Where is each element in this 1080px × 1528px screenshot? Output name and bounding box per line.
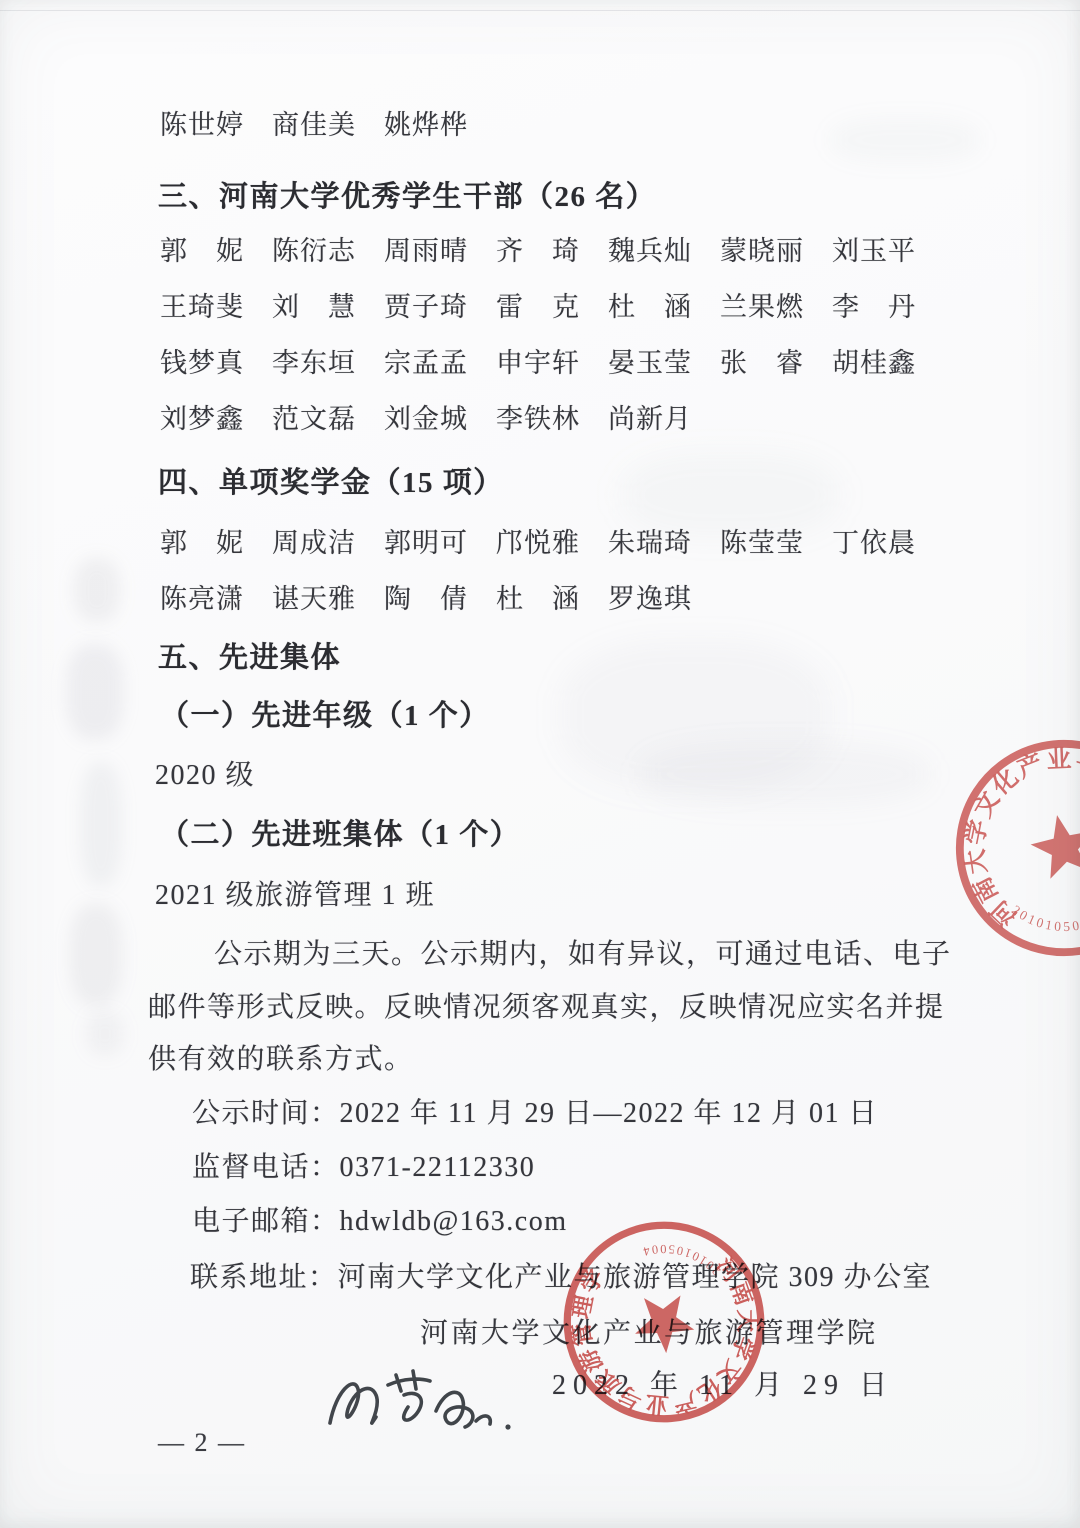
sub1-value: 2020 级 (155, 759, 255, 793)
sub1-title: （一）先进年级（1 个） (160, 699, 490, 733)
bleedthrough-mark (74, 558, 120, 622)
notice-line: 邮件等形式反映。反映情况须客观真实，反映情况应实名并提 (148, 991, 945, 1025)
notice-line: 公示期为三天。公示期内，如有异议，可通过电话、电子 (214, 938, 952, 972)
svg-text:河南大学文化产业与旅游管理学院: 河南大学文化产业与旅游管理学院 (931, 715, 1080, 942)
official-seal-stamp-side: 河南大学文化产业与旅游管理学院 2010105004 (931, 715, 1080, 981)
seal-code-text: 2010105004 (1007, 886, 1080, 946)
section3-names-row: 钱梦真 李东垣 宗孟孟 申宇轩 晏玉莹 张 睿 胡桂鑫 (160, 346, 916, 380)
section3-names-row: 王琦斐 刘 慧 贾子琦 雷 克 杜 涵 兰果燃 李 丹 (160, 290, 916, 324)
bleedthrough-mark (830, 118, 980, 162)
contact-email-line: 电子邮箱：hdwldb@163.com (192, 1205, 568, 1239)
page-number: — 2 — (158, 1426, 246, 1460)
bleedthrough-mark (66, 644, 124, 740)
seal-ring-text: 河南大学文化产业与旅游管理学院 (931, 715, 1080, 942)
signature-strokes (320, 1345, 535, 1450)
seal-graphic: 河南大学文化产业与旅游管理学院 2010105004 (931, 715, 1080, 981)
notice-line: 供有效的联系方式。 (148, 1043, 414, 1077)
bleedthrough-mark (80, 762, 122, 886)
section3-names-row: 刘梦鑫 范文磊 刘金城 李铁林 尚新月 (160, 402, 692, 436)
seal-outer-ring (940, 724, 1080, 971)
section4-names-row: 陈亮潇 谌天雅 陶 倩 杜 涵 罗逸琪 (160, 582, 692, 616)
bleedthrough-mark (640, 742, 930, 806)
seal-star-icon (1026, 808, 1080, 881)
page-edge-line (0, 10, 1080, 11)
contact-time-line: 公示时间：2022 年 11 月 29 日—2022 年 12 月 01 日 (192, 1097, 878, 1131)
sub2-title: （二）先进班集体（1 个） (160, 818, 520, 852)
contact-address-line: 联系地址：河南大学文化产业与旅游管理学院 309 办公室 (190, 1261, 932, 1295)
section4-names-row: 郭 妮 周成洁 郭明可 邝悦雅 朱瑞琦 陈莹莹 丁依晨 (160, 526, 916, 560)
scanned-document-photo: { "doc": { "intro_names": "陈世婷 商佳美 姚烨桦",… (0, 0, 1080, 1528)
handwritten-signature (320, 1345, 535, 1450)
section3-names-row: 郭 妮 陈衍志 周雨晴 齐 琦 魏兵灿 蒙晓丽 刘玉平 (160, 234, 916, 268)
bleedthrough-mark (70, 904, 122, 1006)
bleedthrough-mark (560, 640, 830, 790)
section4-title: 四、单项奖学金（15 项） (158, 466, 504, 500)
section3-title: 三、河南大学优秀学生干部（26 名） (158, 180, 656, 214)
svg-text:2010105004: 2010105004 (1007, 886, 1080, 946)
bleedthrough-mark (86, 1012, 124, 1056)
contact-phone-line: 监督电话：0371-22112330 (192, 1151, 535, 1185)
section5-title: 五、先进集体 (158, 641, 341, 675)
signoff-date-line: 2022 年 11 月 29 日 (552, 1369, 894, 1403)
intro-names-line: 陈世婷 商佳美 姚烨桦 (160, 108, 468, 142)
document-page: 陈世婷 商佳美 姚烨桦 三、河南大学优秀学生干部（26 名） 郭 妮 陈衍志 周… (0, 0, 1080, 1528)
sub2-value: 2021 级旅游管理 1 班 (155, 879, 435, 913)
